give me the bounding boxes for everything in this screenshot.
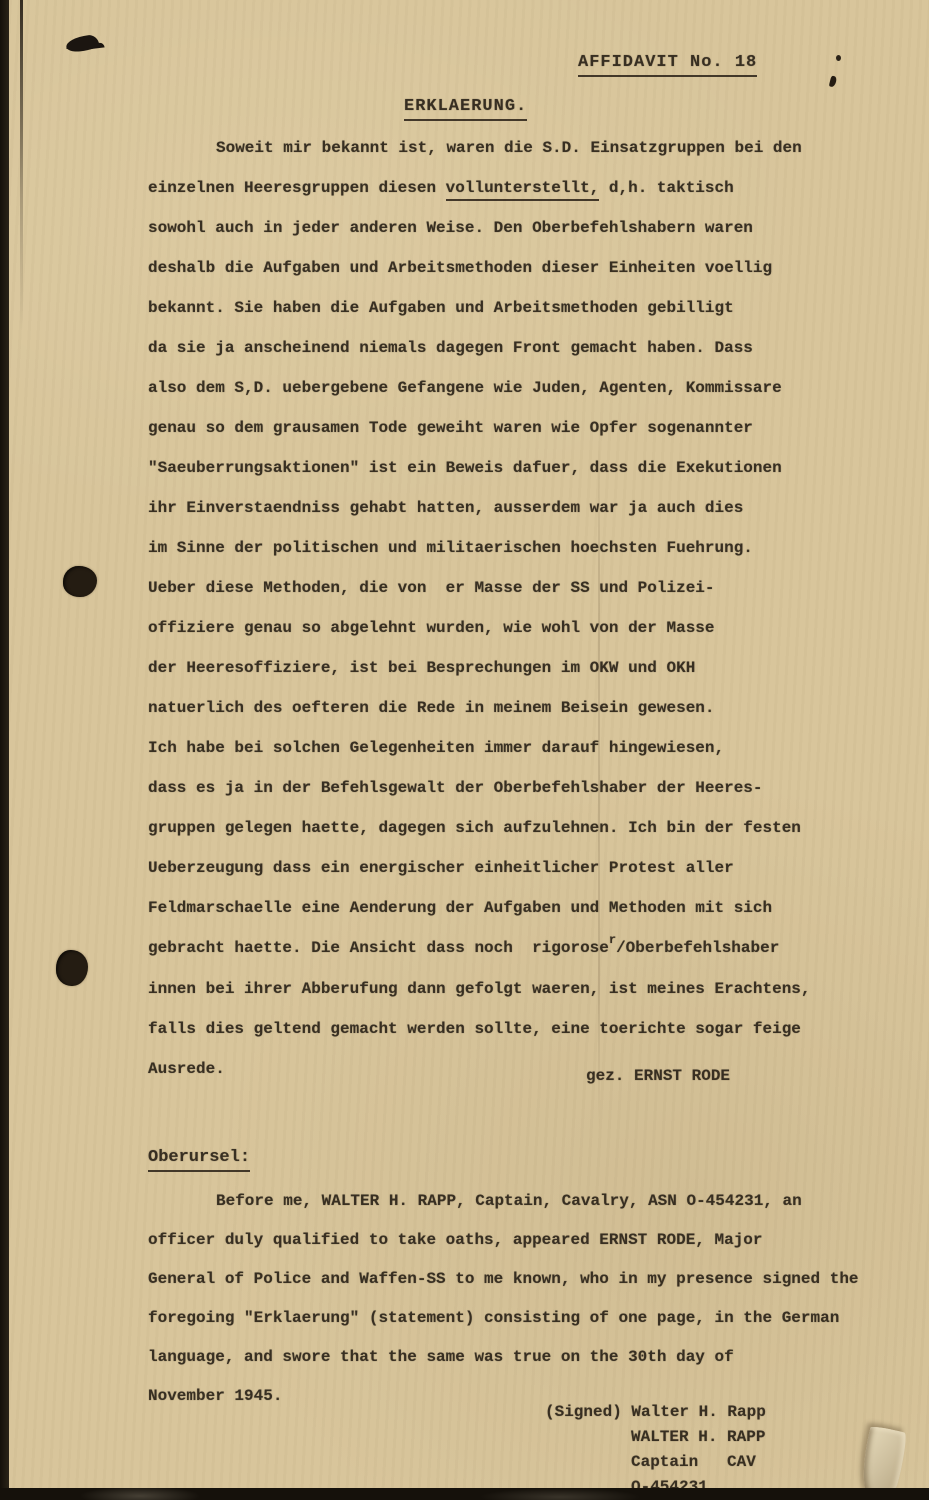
jurat-line: November 1945.	[148, 1377, 888, 1416]
page-edge-left	[0, 0, 9, 1500]
statement-line: bekannt. Sie haben die Aufgaben und Arbe…	[148, 288, 888, 328]
line-segment: d,h. taktisch	[599, 179, 733, 197]
jurat-line: officer duly qualified to take oaths, ap…	[148, 1221, 888, 1260]
statement-line: einzelnen Heeresgruppen diesen vollunter…	[148, 168, 888, 208]
jurat-line: Before me, WALTER H. RAPP, Captain, Cava…	[148, 1182, 888, 1221]
signature-block: (Signed) Walter H. Rapp WALTER H. RAPP C…	[545, 1400, 766, 1500]
ink-smudge	[65, 34, 100, 53]
ink-speck	[829, 75, 837, 87]
statement-line: im Sinne der politischen und militaerisc…	[148, 528, 888, 568]
statement-line: "Saeuberrungsaktionen" ist ein Beweis da…	[148, 448, 888, 488]
statement-line: falls dies geltend gemacht werden sollte…	[148, 1009, 888, 1049]
german-statement: Soweit mir bekannt ist, waren die S.D. E…	[148, 128, 888, 1089]
statement-line: der Heeresoffiziere, ist bei Besprechung…	[148, 648, 888, 688]
affidavit-number: AFFIDAVIT No. 18	[578, 53, 757, 77]
statement-line: gebracht haette. Die Ansicht dass noch r…	[148, 928, 888, 969]
paper-crease	[20, 0, 23, 330]
paper-fold	[598, 430, 600, 1130]
jurat-line: General of Police and Waffen-SS to me kn…	[148, 1260, 888, 1299]
punch-hole	[56, 950, 88, 986]
statement-line: dass es ja in der Befehlsgewalt der Ober…	[148, 768, 888, 808]
document-title: ERKLAERUNG.	[404, 97, 527, 121]
statement-line: gruppen gelegen haette, dagegen sich auf…	[148, 808, 888, 848]
line-segment: gebracht haette. Die Ansicht dass noch r…	[148, 939, 609, 957]
english-jurat: Before me, WALTER H. RAPP, Captain, Cava…	[148, 1182, 888, 1416]
statement-line: ihr Einverstaendniss gehabt hatten, auss…	[148, 488, 888, 528]
statement-line: Feldmarschaelle eine Aenderung der Aufga…	[148, 888, 888, 928]
typed-name: WALTER H. RAPP	[545, 1425, 766, 1450]
rank-branch: Captain CAV	[545, 1450, 766, 1475]
statement-line: natuerlich des oefteren die Rede in mein…	[148, 688, 888, 728]
statement-line: Soweit mir bekannt ist, waren die S.D. E…	[148, 128, 888, 168]
statement-line: Ausrede.	[148, 1049, 888, 1089]
statement-line: da sie ja anscheinend niemals dagegen Fr…	[148, 328, 888, 368]
jurat-heading: Oberursel:	[148, 1148, 250, 1172]
statement-line: innen bei ihrer Abberufung dann gefolgt …	[148, 969, 888, 1009]
statement-line: deshalb die Aufgaben und Arbeitsmethoden…	[148, 248, 888, 288]
ink-speck	[836, 55, 841, 61]
underlined-word: vollunterstellt,	[446, 179, 600, 201]
scanned-page: AFFIDAVIT No. 18 ERKLAERUNG. Soweit mir …	[0, 0, 929, 1492]
page-edge-bottom	[0, 1488, 929, 1500]
statement-line: sowohl auch in jeder anderen Weise. Den …	[148, 208, 888, 248]
jurat-line: language, and swore that the same was tr…	[148, 1338, 888, 1377]
statement-line: Ich habe bei solchen Gelegenheiten immer…	[148, 728, 888, 768]
statement-line: Ueber diese Methoden, die von er Masse d…	[148, 568, 888, 608]
inserted-correction: r	[609, 933, 616, 947]
statement-line: also dem S,D. uebergebene Gefangene wie …	[148, 368, 888, 408]
signed-name: (Signed) Walter H. Rapp	[545, 1400, 766, 1425]
jurat-line: foregoing "Erklaerung" (statement) consi…	[148, 1299, 888, 1338]
statement-line: Ueberzeugung dass ein energischer einhei…	[148, 848, 888, 888]
gez-signature-line: gez. ERNST RODE	[586, 1056, 730, 1096]
punch-hole	[63, 566, 97, 597]
line-segment: einzelnen Heeresgruppen diesen	[148, 179, 446, 197]
statement-line: genau so dem grausamen Tode geweiht ware…	[148, 408, 888, 448]
statement-line: offiziere genau so abgelehnt wurden, wie…	[148, 608, 888, 648]
line-segment: /Oberbefehlshaber	[616, 939, 779, 957]
